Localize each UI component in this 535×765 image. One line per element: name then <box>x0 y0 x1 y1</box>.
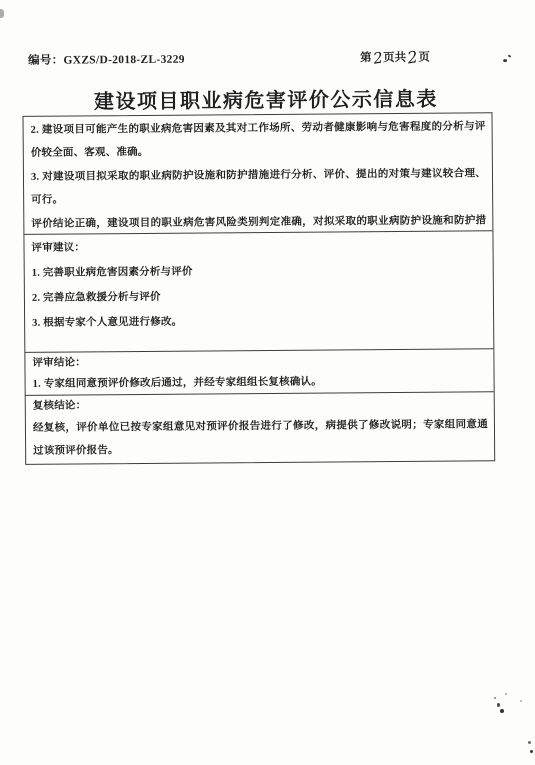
table-row-evaluation-analysis: 2. 建设项目可能产生的职业病危害因素及其对工作场所、劳动者健康影响与危害程度的… <box>24 113 493 234</box>
page-counter-suffix: 页 <box>418 52 430 64</box>
page-counter-middle: 页共 <box>383 52 406 64</box>
doc-number: 编号：GXZS/D-2018-ZL-3229 <box>28 51 185 68</box>
scanned-page: 编号：GXZS/D-2018-ZL-3229 第2页共2页 建设项目职业病危害评… <box>0 0 535 765</box>
page-counter: 第2页共2页 <box>360 49 430 66</box>
suggestion-item-3: 3. 根据专家个人意见进行修改。 <box>32 307 487 336</box>
scan-speckle <box>520 700 522 702</box>
scan-speckle <box>505 693 507 695</box>
evaluation-info-table: 2. 建设项目可能产生的职业病危害因素及其对工作场所、劳动者健康影响与危害程度的… <box>22 112 495 465</box>
ink-mark-icon <box>503 55 513 64</box>
analysis-item-3: 3. 对建设项目拟采取的职业病防护设施和防护措施进行分析、评价、提出的对策与建议… <box>31 162 486 212</box>
page-title: 建设项目职业病危害评价公示信息表 <box>0 82 533 115</box>
table-row-review-conclusion: 评审结论： 1. 专家组同意预评价修改后通过，并经专家组组长复核确认。 <box>25 348 493 395</box>
scan-speckle <box>530 750 533 753</box>
suggestion-item-2: 2. 完善应急救援分析与评价 <box>32 282 487 311</box>
table-row-review-suggestions: 评审建议： 1. 完善职业病危害因素分析与评价 2. 完善应急救援分析与评价 3… <box>24 230 493 352</box>
recheck-conclusion-body: 经复核，评价单位已按专家组意见对预评价报告进行了修改，病提供了修改说明；专家组同… <box>33 413 488 462</box>
scan-speckle <box>494 697 496 699</box>
suggestion-item-1: 1. 完善职业病危害因素分析与评价 <box>32 257 487 286</box>
analysis-item-2: 2. 建设项目可能产生的职业病危害因素及其对工作场所、劳动者健康影响与危害程度的… <box>31 115 486 165</box>
page-counter-prefix: 第 <box>360 52 372 64</box>
scan-smudge <box>0 9 4 18</box>
scan-speckle <box>528 741 531 744</box>
scan-speckle <box>497 703 500 707</box>
handwritten-current-page: 2 <box>371 52 384 65</box>
handwritten-total-pages: 2 <box>406 51 420 64</box>
table-row-recheck-conclusion: 复核结论： 经复核，评价单位已按专家组意见对预评价报告进行了修改，病提供了修改说… <box>26 391 495 462</box>
scan-speckle <box>500 709 504 713</box>
evaluation-conclusion-text: 评价结论正确，建设项目的职业病危害风险类别判定准确，对拟采取的职业病防护设施和防… <box>31 209 486 234</box>
review-suggestions-label: 评审建议： <box>31 232 486 261</box>
